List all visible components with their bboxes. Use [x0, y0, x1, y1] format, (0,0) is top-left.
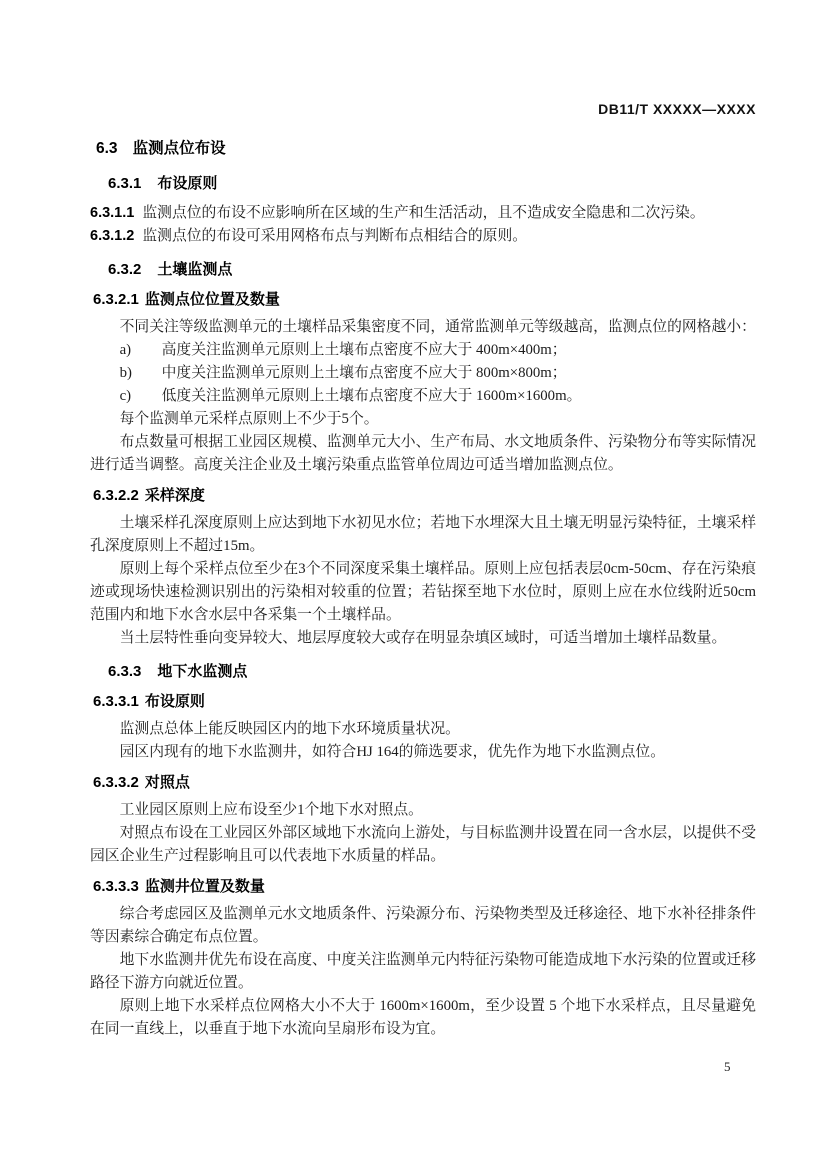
paragraph-well-2: 地下水监测井优先布设在高度、中度关注监测单元内特征污染物可能造成地下水污染的位置…	[90, 949, 756, 995]
paragraph-groundwater-2: 园区内现有的地下水监测井，如符合HJ 164的筛选要求，优先作为地下水监测点位。	[90, 741, 756, 764]
clause-6-3-1-1: 6.3.1.1监测点位的布设不应影响所在区域的生产和生活活动，且不造成安全隐患和…	[90, 202, 756, 225]
section-heading-6-3-2-2: 6.3.2.2采样深度	[90, 485, 756, 507]
clause-number: 6.3.1.1	[90, 205, 134, 221]
section-title: 采样深度	[145, 487, 205, 504]
page-number: 5	[724, 1059, 731, 1075]
section-title: 监测井位置及数量	[145, 878, 265, 895]
section-heading-6-3-3: 6.3.3地下水监测点	[90, 661, 756, 683]
section-heading-6-3-2-1: 6.3.2.1监测点位位置及数量	[90, 289, 756, 311]
section-number: 6.3.2	[108, 261, 141, 278]
section-number: 6.3.2.2	[93, 487, 139, 504]
page-content: DB11/T XXXXX—XXXX 6.3监测点位布设 6.3.1布设原则 6.…	[90, 100, 756, 1041]
paragraph-adjust: 布点数量可根据工业园区规模、监测单元大小、生产布局、水文地质条件、污染物分布等实…	[90, 431, 756, 477]
paragraph-min-points: 每个监测单元采样点原则上不少于5个。	[90, 408, 756, 431]
paragraph-well-1: 综合考虑园区及监测单元水文地质条件、污染源分布、污染物类型及迁移途径、地下水补径…	[90, 903, 756, 949]
paragraph-depth-3: 当土层特性垂向变异较大、地层厚度较大或存在明显杂填区域时，可适当增加土壤样品数量…	[90, 627, 756, 650]
list-item-text: 低度关注监测单元原则上土壤布点密度不应大于 1600m×1600m。	[162, 385, 756, 408]
section-title: 布设原则	[157, 175, 217, 192]
paragraph-well-3: 原则上地下水采样点位网格大小不大于 1600m×1600m，至少设置 5 个地下…	[90, 995, 756, 1041]
list-item-text: 中度关注监测单元原则上土壤布点密度不应大于 800m×800m；	[162, 362, 756, 385]
paragraph-depth-1: 土壤采样孔深度原则上应达到地下水初见水位；若地下水埋深大且土壤无明显污染特征，土…	[90, 512, 756, 558]
section-title: 布设原则	[145, 693, 205, 710]
section-heading-6-3-2: 6.3.2土壤监测点	[90, 259, 756, 281]
section-heading-6-3-1: 6.3.1布设原则	[90, 173, 756, 195]
paragraph-reference-2: 对照点布设在工业园区外部区域地下水流向上游处，与目标监测井设置在同一含水层，以提…	[90, 822, 756, 868]
section-number: 6.3.1	[108, 175, 141, 192]
list-item-marker: c)	[120, 385, 162, 408]
list-item-b: b) 中度关注监测单元原则上土壤布点密度不应大于 800m×800m；	[90, 362, 756, 385]
list-item-a: a) 高度关注监测单元原则上土壤布点密度不应大于 400m×400m；	[90, 339, 756, 362]
section-heading-6-3: 6.3监测点位布设	[90, 138, 756, 160]
list-item-marker: b)	[120, 362, 162, 385]
list-item-text: 高度关注监测单元原则上土壤布点密度不应大于 400m×400m；	[162, 339, 756, 362]
section-title: 监测点位布设	[133, 140, 226, 157]
section-title: 土壤监测点	[157, 261, 232, 278]
section-title: 地下水监测点	[157, 663, 247, 680]
doc-code-header: DB11/T XXXXX—XXXX	[90, 100, 756, 118]
section-number: 6.3.3.3	[93, 878, 139, 895]
paragraph-depth-2: 原则上每个采样点位至少在3个不同深度采集土壤样品。原则上应包括表层0cm-50c…	[90, 558, 756, 627]
clause-6-3-1-2: 6.3.1.2监测点位的布设可采用网格布点与判断布点相结合的原则。	[90, 225, 756, 248]
list-item-marker: a)	[120, 339, 162, 362]
paragraph-reference-1: 工业园区原则上应布设至少1个地下水对照点。	[90, 799, 756, 822]
paragraph-density-intro: 不同关注等级监测单元的土壤样品采集密度不同，通常监测单元等级越高，监测点位的网格…	[90, 316, 756, 339]
section-heading-6-3-3-3: 6.3.3.3监测井位置及数量	[90, 876, 756, 898]
clause-text: 监测点位的布设可采用网格布点与判断布点相结合的原则。	[142, 228, 527, 244]
section-heading-6-3-3-2: 6.3.3.2对照点	[90, 772, 756, 794]
section-heading-6-3-3-1: 6.3.3.1布设原则	[90, 691, 756, 713]
clause-number: 6.3.1.2	[90, 228, 134, 244]
document-page: DB11/T XXXXX—XXXX 6.3监测点位布设 6.3.1布设原则 6.…	[0, 0, 826, 1169]
section-number: 6.3.2.1	[93, 291, 139, 308]
clause-text: 监测点位的布设不应影响所在区域的生产和生活活动，且不造成安全隐患和二次污染。	[142, 205, 704, 221]
section-number: 6.3.3	[108, 663, 141, 680]
paragraph-groundwater-1: 监测点总体上能反映园区内的地下水环境质量状况。	[90, 718, 756, 741]
section-number: 6.3.3.2	[93, 774, 139, 791]
list-item-c: c) 低度关注监测单元原则上土壤布点密度不应大于 1600m×1600m。	[90, 385, 756, 408]
section-number: 6.3	[96, 140, 118, 157]
section-title: 监测点位位置及数量	[145, 291, 280, 308]
section-number: 6.3.3.1	[93, 693, 139, 710]
section-title: 对照点	[145, 774, 190, 791]
